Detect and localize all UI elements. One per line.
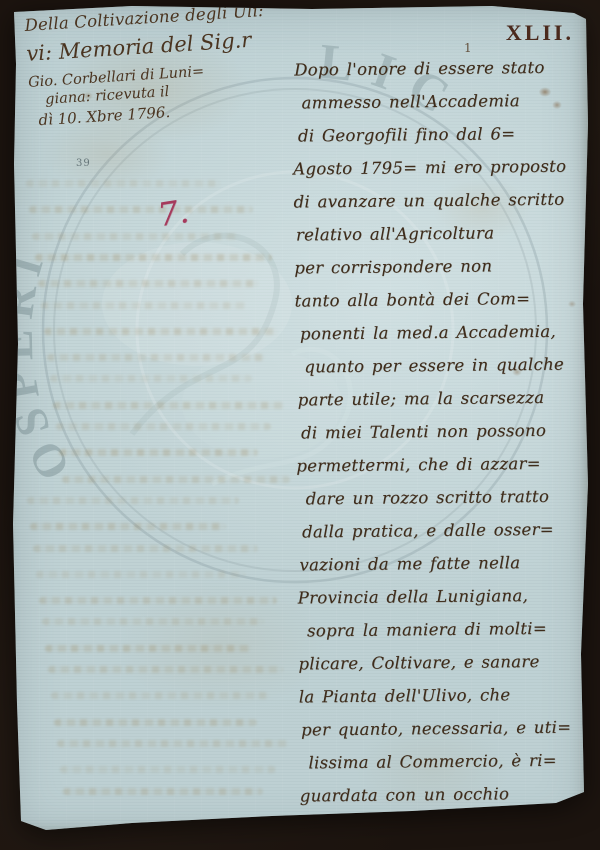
text-line: dare un rozzo scritto tratto — [306, 479, 585, 515]
text-line: ponenti la med.a Accademia, — [300, 314, 583, 350]
text-line: Dopo l'onore di essere stato — [294, 51, 580, 87]
text-line: Provincia della Lunigiana, — [298, 578, 586, 614]
text-line: lissima al Commercio, è ri= — [308, 743, 587, 779]
text-line: di miei Talenti non possono — [301, 413, 584, 449]
manuscript-text: Dopo l'onore di essere statoammesso nell… — [292, 51, 588, 813]
text-line: dalla pratica, e dalle osser= — [302, 512, 585, 548]
red-index-mark: 7. — [155, 192, 191, 234]
text-line: plicare, Coltivare, e sanare — [298, 644, 586, 680]
text-line: per quanto, necessaria, e uti= — [301, 710, 587, 746]
text-line: sopra la maniera di molti= — [307, 611, 586, 647]
text-line: ammesso nell'Accademia — [301, 84, 580, 120]
text-line: di avanzare un qualche scritto — [293, 183, 581, 219]
text-line: tanto alla bontà dei Com= — [294, 282, 582, 318]
text-line: permettermi, che di azzar= — [296, 446, 584, 482]
text-line: Agosto 1795= mi ero proposto — [293, 150, 581, 186]
text-line: di Georgofili fino dal 6= — [298, 117, 581, 153]
text-line: la Pianta dell'Ulivo, che — [299, 677, 587, 713]
folio-number: XLII. — [506, 20, 574, 46]
text-line: quanto per essere in qualche — [304, 347, 583, 383]
archival-number: 39 — [76, 158, 91, 169]
photo-background: OSPERI LIC XLII. 1 Della Coltivazione de… — [0, 0, 600, 850]
text-line: parte utile; ma la scarsezza — [297, 380, 583, 416]
text-line: guardata con un occhio — [300, 776, 588, 812]
paper-sheet: OSPERI LIC XLII. 1 Della Coltivazione de… — [12, 4, 590, 836]
manuscript-page: OSPERI LIC XLII. 1 Della Coltivazione de… — [12, 4, 590, 836]
text-line: per corrispondere non — [294, 249, 582, 285]
text-line: relativo all'Agricoltura — [296, 216, 582, 252]
title-annotation: Della Coltivazione degli Uli: vi: Memori… — [24, 0, 331, 130]
text-line: vazioni da me fatte nella — [299, 545, 585, 581]
